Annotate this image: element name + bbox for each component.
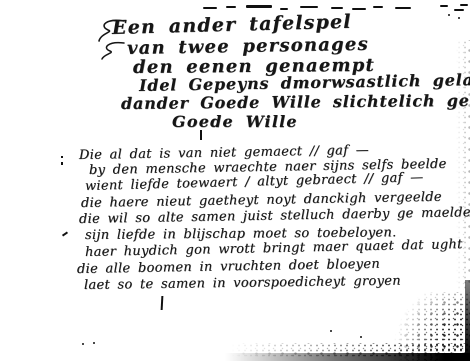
- scan-noise-right-band: [465, 280, 470, 361]
- scan-noise-dot: [93, 342, 95, 344]
- scan-noise-dot: [458, 17, 460, 19]
- stray-ink-mark: [200, 130, 202, 140]
- scan-noise-dash: [246, 5, 272, 8]
- stray-ink-mark: [61, 156, 63, 158]
- scan-noise-dash: [440, 5, 448, 7]
- title-line-5: dander Goede Wille slichtelich gelat: [121, 91, 470, 113]
- scan-noise-dash: [331, 7, 343, 9]
- scan-noise-dash: [373, 6, 383, 8]
- scan-noise-dash: [454, 9, 464, 11]
- scan-noise-dash: [460, 4, 468, 6]
- scan-noise-dash: [300, 6, 318, 8]
- scan-noise-dash: [352, 8, 366, 10]
- scan-noise-dot: [330, 330, 332, 332]
- scan-noise-right-edge: [456, 40, 470, 290]
- title-line-6: Goede Wille: [172, 112, 298, 131]
- stray-ink-mark: [161, 296, 164, 310]
- scan-noise-dash: [203, 7, 217, 9]
- stray-ink-mark: [62, 231, 68, 236]
- scan-noise-dash: [395, 7, 411, 9]
- scan-noise-dash: [280, 8, 288, 10]
- scan-noise-dot: [82, 343, 84, 345]
- scan-noise-dot: [360, 336, 362, 338]
- scan-noise-bottom-band: [225, 353, 470, 361]
- stray-ink-mark: [61, 162, 63, 165]
- verse-line-9: laet so te samen in voorspoedicheyt groy…: [84, 274, 401, 293]
- scan-noise-dot: [448, 14, 450, 16]
- pen-flourish-icon: [100, 40, 126, 62]
- scan-noise-dash: [226, 6, 236, 8]
- manuscript-scan-page: Een ander tafelspel van twee personages …: [0, 0, 470, 361]
